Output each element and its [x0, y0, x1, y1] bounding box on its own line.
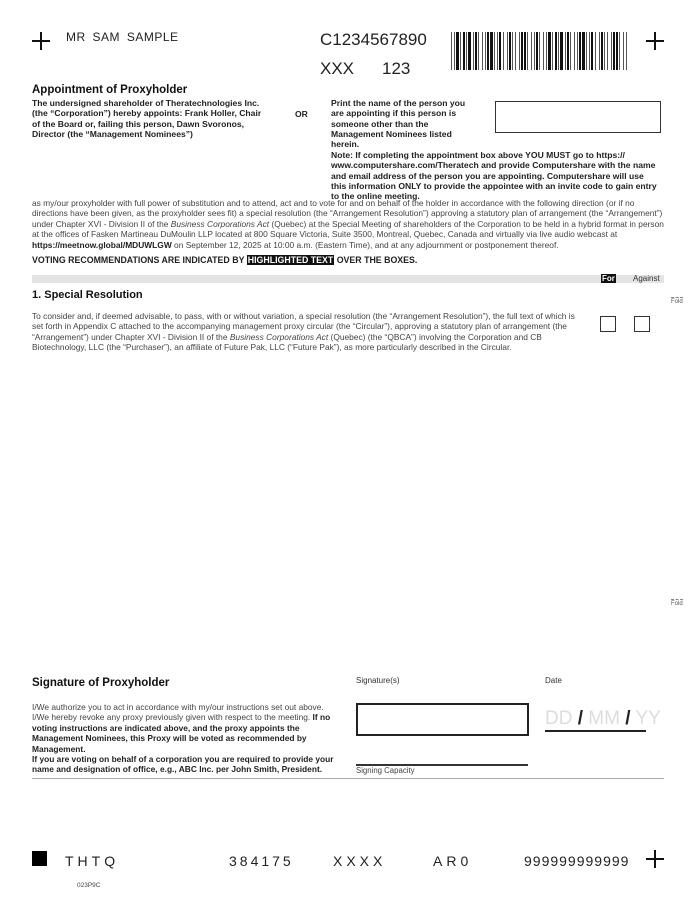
registration-square-icon	[32, 851, 47, 866]
date-month: MM	[588, 708, 620, 729]
highlighted-text-sample: HIGHLIGHTED TEXT	[247, 255, 335, 265]
vote-header-bar	[32, 275, 664, 283]
footer-code-2: 384175	[229, 853, 294, 869]
fold-mark: Fold	[671, 599, 683, 607]
barcode-icon	[451, 32, 627, 70]
appointment-text: The undersigned shareholder of Theratech…	[32, 98, 267, 139]
appointee-instructions: Print the name of the person you are app…	[331, 98, 476, 149]
footer-code-4: AR0	[433, 853, 472, 869]
divider	[32, 778, 664, 779]
footer-code-3: XXXX	[333, 853, 386, 869]
vote-against-checkbox[interactable]	[634, 316, 650, 332]
for-column-header: For	[601, 274, 616, 283]
holder-name: MR SAM SAMPLE	[66, 30, 179, 44]
appointee-name-input[interactable]	[495, 101, 661, 133]
vote-for-checkbox[interactable]	[600, 316, 616, 332]
signature-title: Signature of Proxyholder	[32, 677, 169, 689]
signature-instructions: I/We authorize you to act in accordance …	[32, 702, 342, 775]
registration-mark-icon	[646, 850, 664, 868]
registration-mark-icon	[646, 32, 664, 50]
signatures-label: Signature(s)	[356, 676, 400, 686]
date-field[interactable]: DD / MM / YY	[545, 708, 646, 732]
date-year: YY	[635, 708, 660, 729]
date-day: DD	[545, 708, 572, 729]
form-id: 023P9C	[77, 882, 101, 889]
fold-mark: Fold	[671, 297, 683, 305]
signing-capacity-label: Signing Capacity	[356, 766, 415, 776]
footer-code-5: 999999999999	[524, 853, 629, 869]
proxy-authorization-text: as my/our proxyholder with full power of…	[32, 198, 664, 250]
code-left: XXX	[320, 59, 354, 79]
code-right: 123	[382, 59, 410, 79]
signature-input[interactable]	[356, 703, 529, 736]
resolution-text: To consider and, if deemed advisable, to…	[32, 311, 582, 353]
voting-recommendations-notice: VOTING RECOMMENDATIONS ARE INDICATED BY …	[32, 255, 417, 265]
date-label: Date	[545, 676, 562, 686]
account-code: C1234567890	[320, 30, 427, 50]
appointment-title: Appointment of Proxyholder	[32, 84, 187, 96]
meeting-link[interactable]: https://meetnow.global/MDUWLGW	[32, 240, 172, 250]
resolution-title: 1. Special Resolution	[32, 289, 143, 301]
registration-mark-icon	[32, 32, 50, 50]
or-label: OR	[295, 109, 308, 119]
footer-code-1: THTQ	[65, 853, 119, 869]
against-column-header: Against	[633, 274, 660, 284]
appointment-note: Note: If completing the appointment box …	[331, 150, 661, 201]
